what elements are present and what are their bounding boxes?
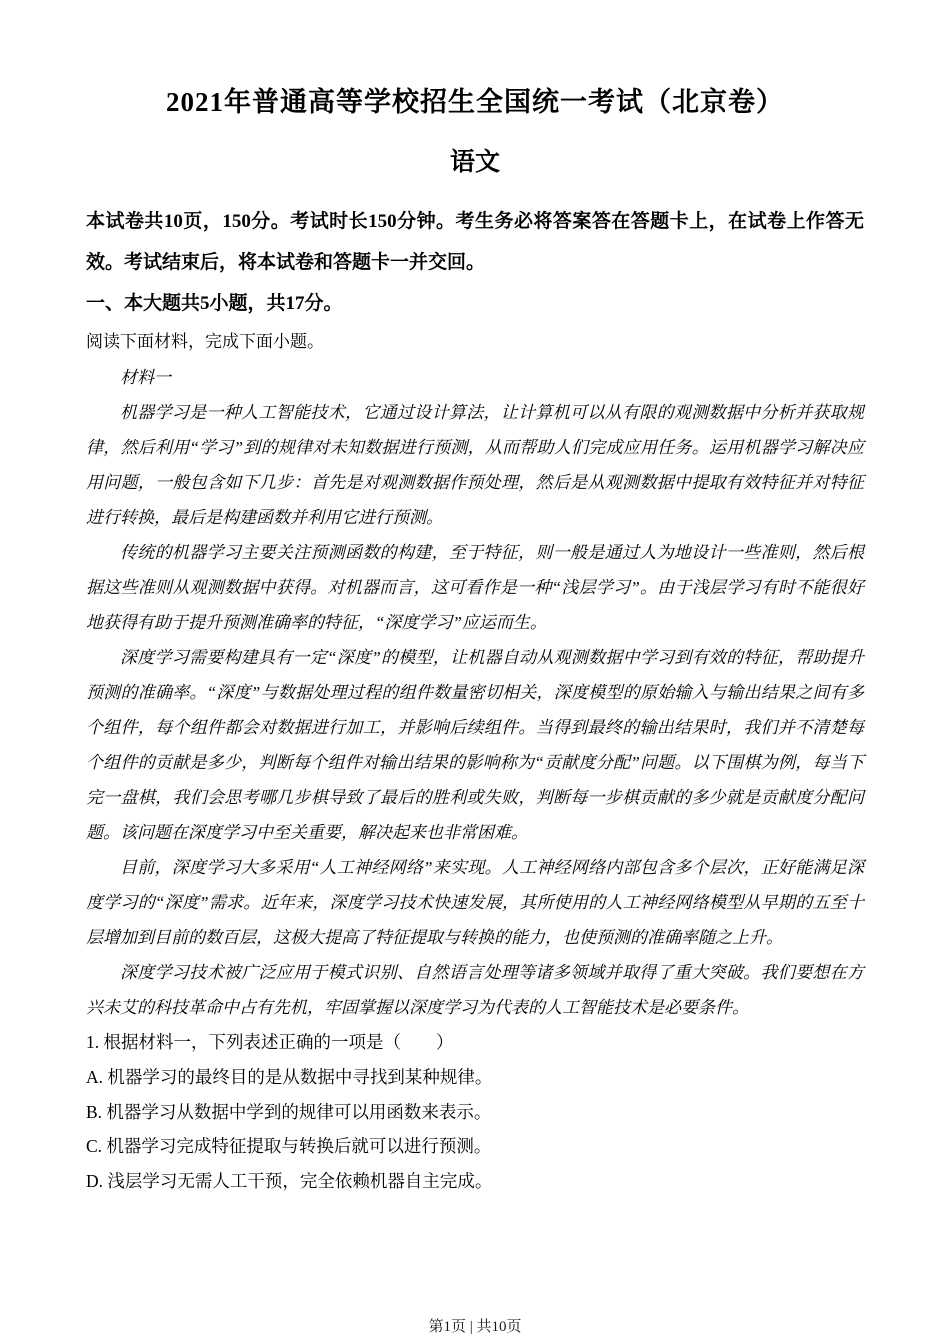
exam-notice: 本试卷共10页，150分。考试时长150分钟。考生务必将答案答在答题卡上，在试卷…	[86, 201, 864, 283]
exam-document-page: 2021年普通高等学校招生全国统一考试（北京卷） 语文 本试卷共10页，150分…	[0, 0, 950, 1344]
material-paragraph-5: 深度学习技术被广泛应用于模式识别、自然语言处理等诸多领域并取得了重大突破。我们要…	[86, 955, 864, 1025]
question-1-option-c: C. 机器学习完成特征提取与转换后就可以进行预测。	[86, 1129, 864, 1164]
material-paragraph-2: 传统的机器学习主要关注预测函数的构建，至于特征，则一般是通过人为地设计一些准则，…	[86, 535, 864, 640]
page-title: 2021年普通高等学校招生全国统一考试（北京卷）	[86, 86, 864, 118]
reading-instruction: 阅读下面材料，完成下面小题。	[86, 324, 864, 360]
material-paragraph-3: 深度学习需要构建具有一定“深度”的模型，让机器自动从观测数据中学习到有效的特征，…	[86, 640, 864, 850]
question-1-option-b: B. 机器学习从数据中学到的规律可以用函数来表示。	[86, 1095, 864, 1130]
subject-title: 语文	[86, 148, 864, 178]
question-1-option-d: D. 浅层学习无需人工干预，完全依赖机器自主完成。	[86, 1164, 864, 1199]
section-one-heading: 一、本大题共5小题，共17分。	[86, 283, 864, 324]
material-paragraph-4: 目前，深度学习大多采用“人工神经网络”来实现。人工神经网络内部包含多个层次，正好…	[86, 850, 864, 955]
question-1-option-a: A. 机器学习的最终目的是从数据中寻找到某种规律。	[86, 1060, 864, 1095]
question-1-stem: 1. 根据材料一，下列表述正确的一项是（ ）	[86, 1025, 864, 1060]
page-footer: 第1页 | 共10页	[0, 1315, 950, 1336]
material-one-label: 材料一	[86, 360, 864, 395]
material-paragraph-1: 机器学习是一种人工智能技术，它通过设计算法，让计算机可以从有限的观测数据中分析并…	[86, 395, 864, 535]
